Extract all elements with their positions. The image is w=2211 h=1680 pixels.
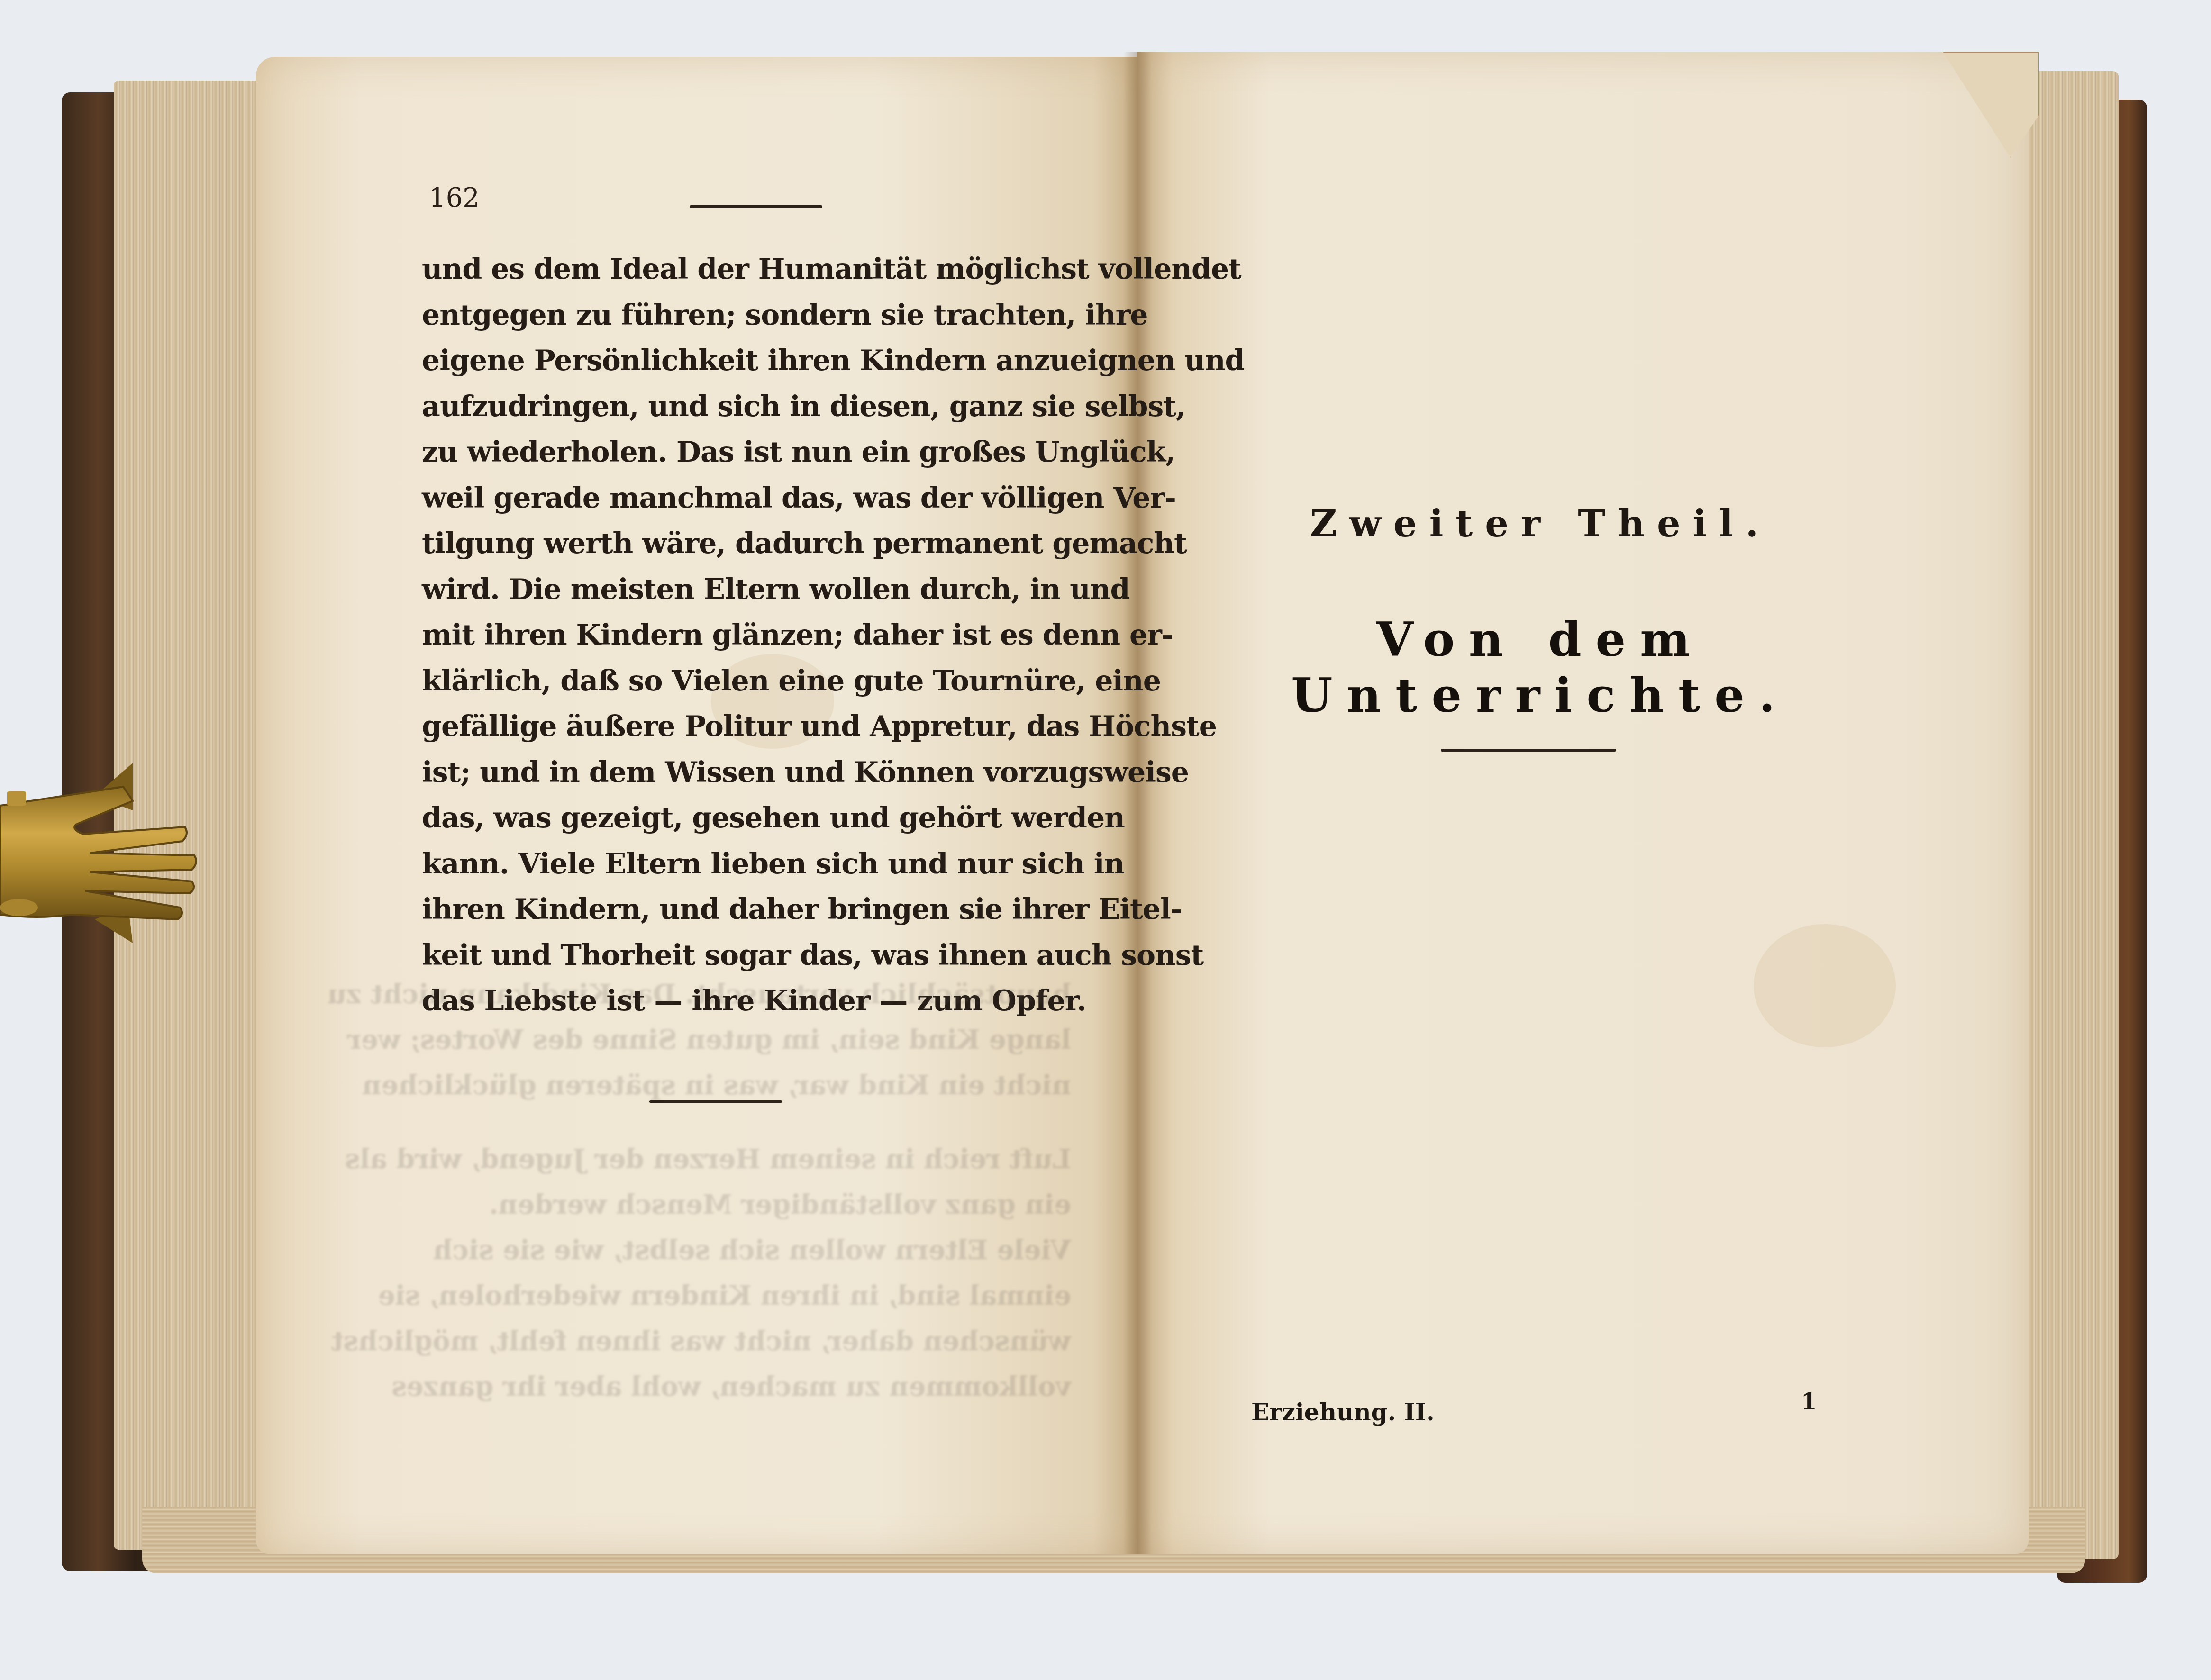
title-rule [1441, 749, 1616, 752]
chapter-title: Von dem Unterrichte. [1185, 611, 1896, 723]
text-line: tilgung werth wäre, dadurch permanent ge… [422, 521, 1076, 567]
text-line: wird. Die meisten Eltern wollen durch, i… [422, 567, 1076, 613]
show-through-text: hauptsächlich vertauscht. Das Kind kann … [417, 972, 1071, 1409]
ghost-line: ein ganz vollständiger Mensch werden. [417, 1182, 1071, 1227]
left-page-body: und es dem Ideal der Humanität möglichst… [422, 246, 1076, 1024]
text-line: das, was gezeigt, gesehen und gehört wer… [422, 795, 1076, 841]
brass-hand-clip-icon [0, 720, 265, 976]
page-number: 162 [429, 182, 480, 213]
text-line: kann. Viele Eltern lieben sich und nur s… [422, 841, 1076, 887]
header-rule [690, 205, 822, 208]
paper-stain [1754, 924, 1896, 1047]
signature-line: Erziehung. II. [1251, 1398, 1435, 1426]
ghost-line: einmal sind, in ihren Kindern wiederhole… [417, 1273, 1071, 1318]
text-line: ist; und in dem Wissen und Können vorzug… [422, 750, 1076, 796]
text-line: weil gerade manchmal das, was der völlig… [422, 475, 1076, 521]
text-line: und es dem Ideal der Humanität möglichst… [422, 246, 1076, 292]
text-line: klärlich, daß so Vielen eine gute Tournü… [422, 658, 1076, 704]
ghost-line: hauptsächlich vertauscht. Das Kind kann … [417, 972, 1071, 1017]
text-line: eigene Persönlichkeit ihren Kindern anzu… [422, 338, 1076, 384]
text-line: gefällige äußere Politur und Appretur, d… [422, 704, 1076, 750]
ghost-line: vollkommen zu machen, wohl aber ihr ganz… [417, 1364, 1071, 1409]
signature-mark: 1 [1801, 1389, 1817, 1415]
ghost-line: Viele Eltern wollen sich selbst, wie sie… [417, 1227, 1071, 1273]
ghost-line: wünschen daher, nicht was ihnen fehlt, m… [417, 1318, 1071, 1364]
ghost-line: Luft reich in seinem Herzen der Jugend, … [417, 1136, 1071, 1182]
text-line: entgegen zu führen; sondern sie trachten… [422, 292, 1076, 338]
text-line: aufzudringen, und sich in diesen, ganz s… [422, 384, 1076, 430]
ghost-line: nicht ein Kind war, was in späteren glüc… [417, 1062, 1071, 1108]
ghost-line: lange Kind sein, im guten Sinne des Wort… [417, 1017, 1071, 1062]
part-title: Zweiter Theil. [1185, 502, 1896, 545]
text-line: zu wiederholen. Das ist nun ein großes U… [422, 429, 1076, 475]
text-line: ihren Kindern, und daher bringen sie ihr… [422, 887, 1076, 933]
right-page [1137, 52, 2029, 1554]
text-line: mit ihren Kindern glänzen; daher ist es … [422, 612, 1076, 658]
